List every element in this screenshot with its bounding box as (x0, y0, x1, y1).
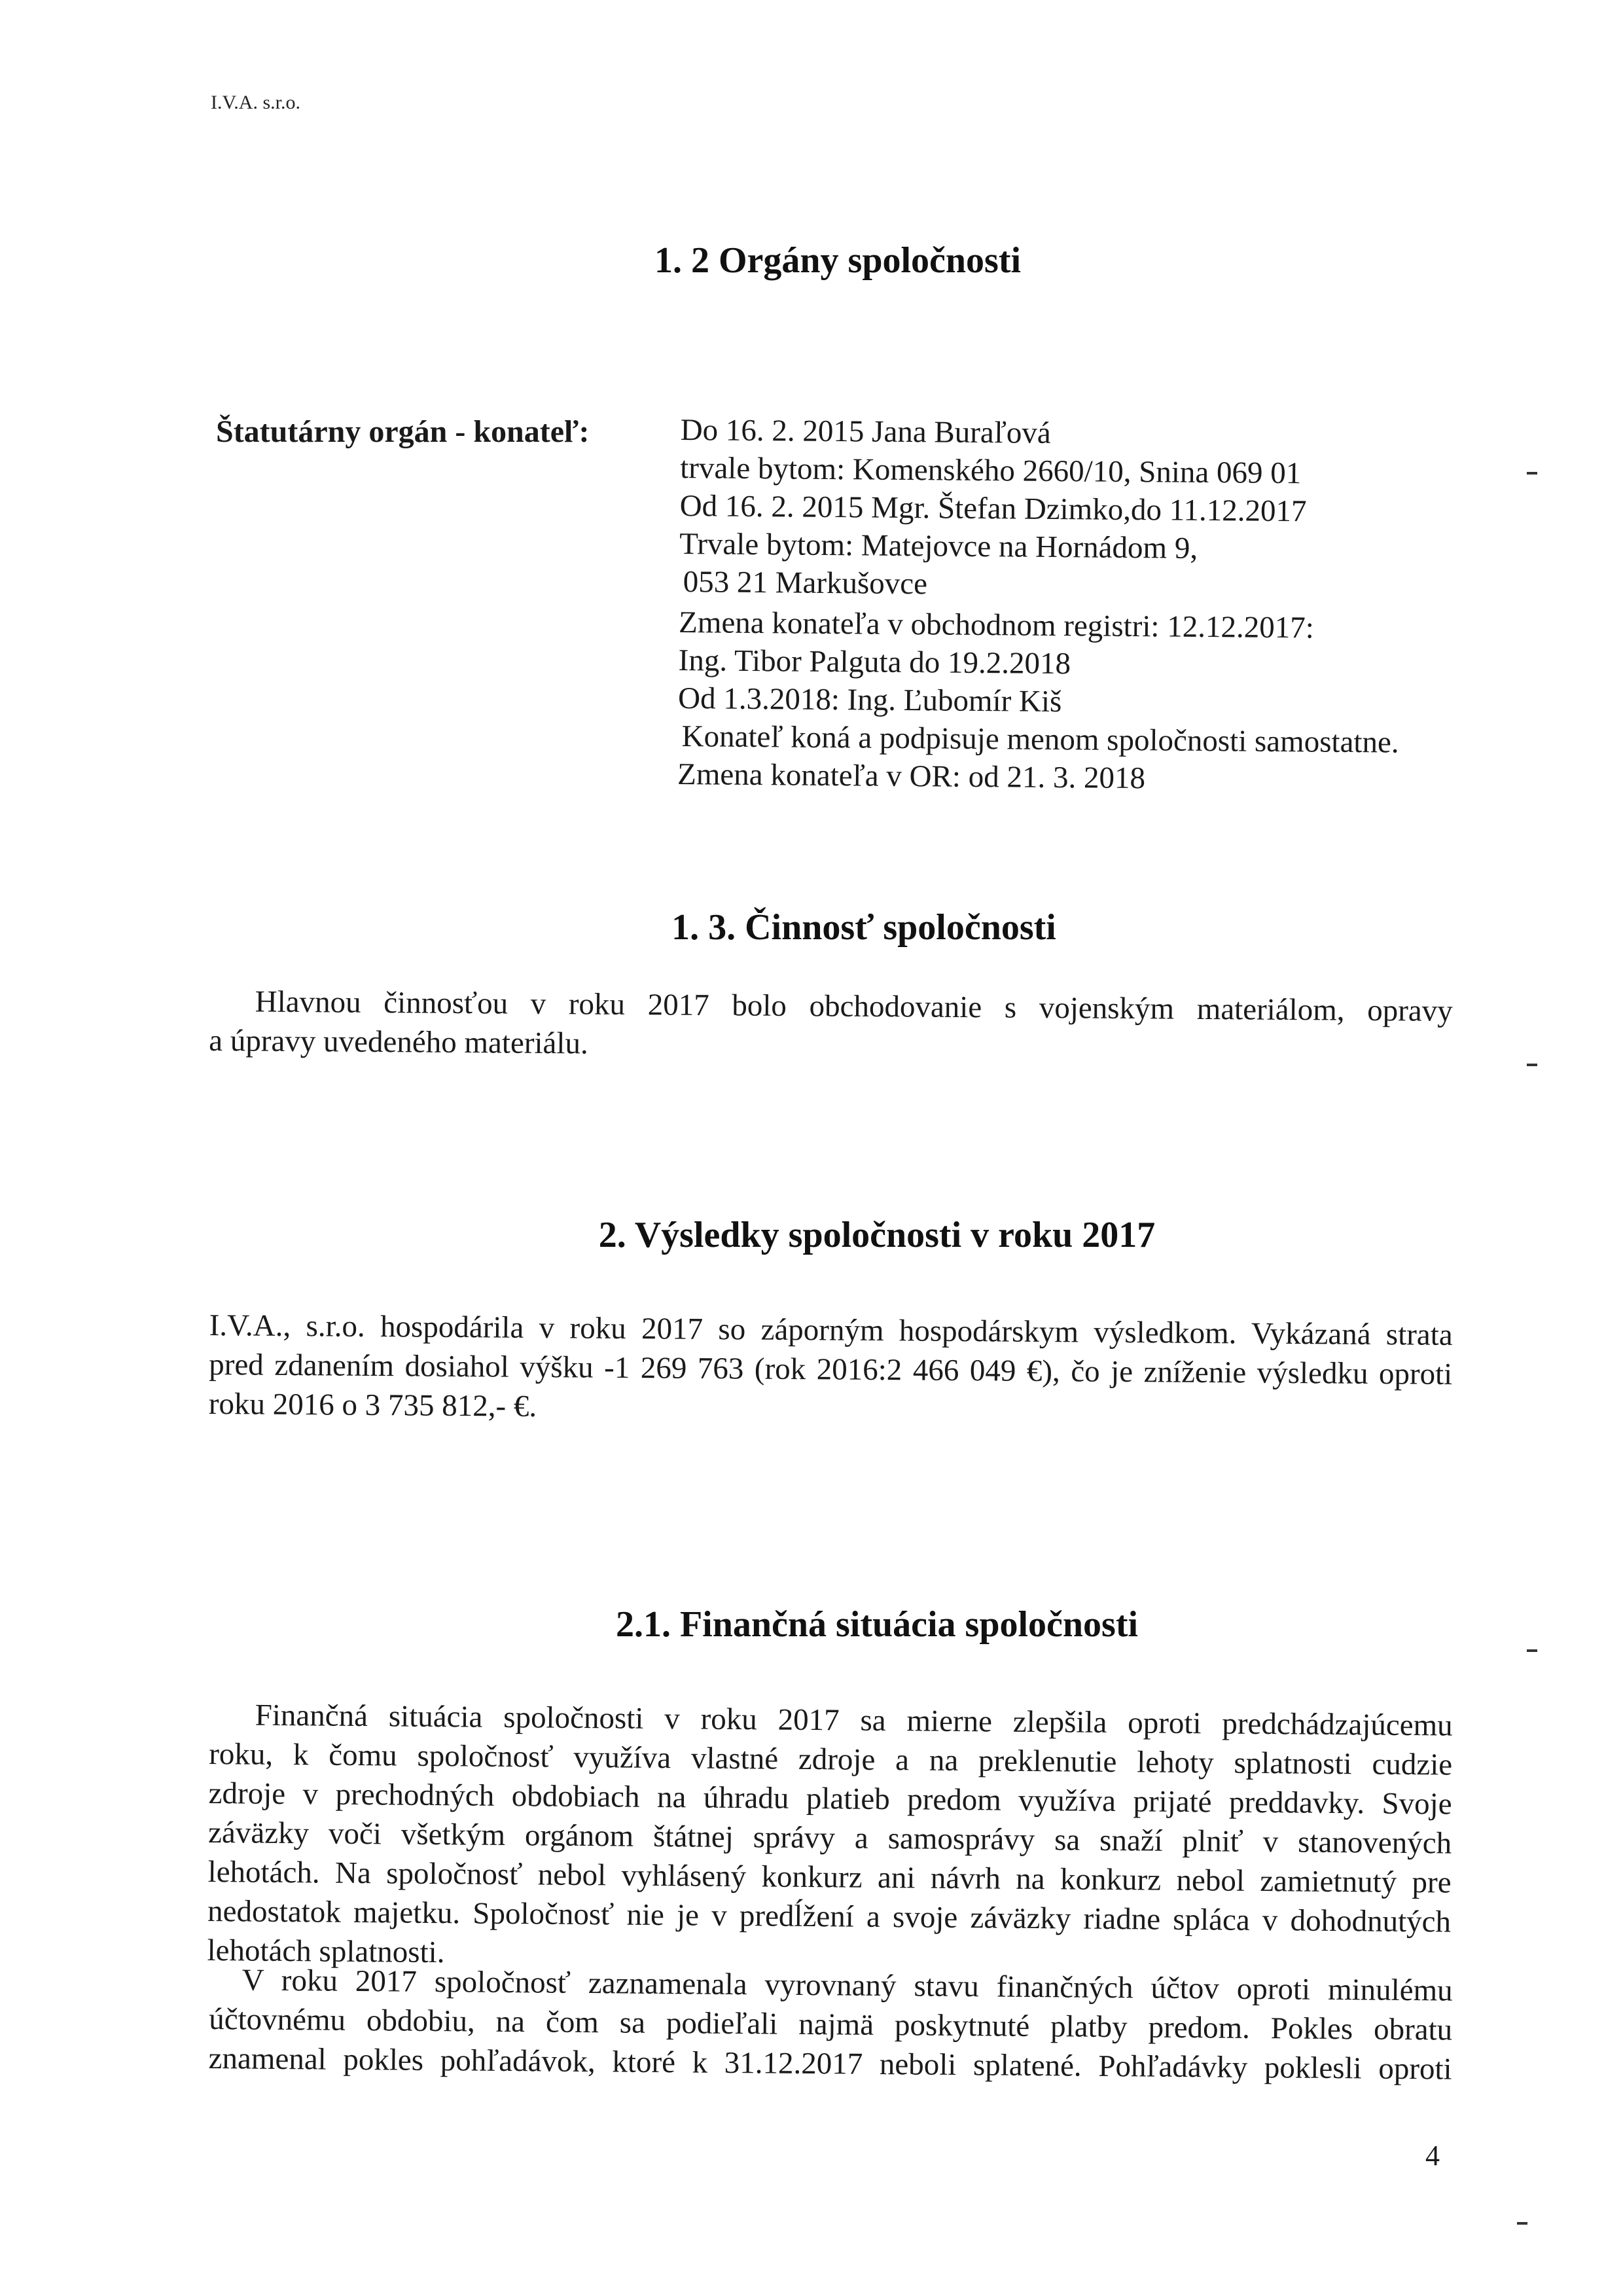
paragraph-line: Hlavnou činnosťou v roku 2017 bolo obcho… (255, 985, 1453, 1028)
detail-line: trvale bytom: Komenského 2660/10, Snina … (680, 449, 1401, 493)
detail-line: Zmena konateľa v OR: od 21. 3. 2018 (677, 755, 1399, 800)
scan-margin-mark (1527, 472, 1537, 475)
section-heading-cinnost: 1. 3. Činnosť spoločnosti (52, 906, 1623, 948)
page-header-company: I.V.A. s.r.o. (211, 92, 300, 114)
statutory-body-details: Do 16. 2. 2015 Jana Buraľová trvale byto… (677, 411, 1402, 800)
detail-line: Konateľ koná a podpisuje menom spoločnos… (677, 717, 1399, 762)
scan-margin-mark (1527, 1649, 1537, 1652)
detail-line: Do 16. 2. 2015 Jana Buraľová (680, 411, 1401, 456)
results-paragraph: I.V.A., s.r.o. hospodárila v roku 2017 s… (209, 1306, 1453, 1433)
detail-line: Ing. Tibor Palguta do 19.2.2018 (678, 641, 1399, 686)
detail-line: Od 16. 2. 2015 Mgr. Štefan Dzimko,do 11.… (679, 487, 1400, 531)
activity-paragraph: Hlavnou činnosťou v roku 2017 bolo obcho… (209, 982, 1453, 1070)
page-number: 4 (1425, 2139, 1440, 2172)
detail-line: 053 21 Markušovce (679, 563, 1400, 607)
scan-margin-mark (1517, 2222, 1527, 2225)
detail-line: Od 1.3.2018: Ing. Ľubomír Kiš (678, 679, 1399, 724)
section-heading-vysledky: 2. Výsledky spoločnosti v roku 2017 (65, 1214, 1623, 1256)
detail-line: Zmena konateľa v obchodnom registri: 12.… (679, 603, 1400, 648)
financial-paragraph-1: Finančná situácia spoločnosti v roku 201… (207, 1695, 1453, 1981)
statutory-body-label: Štatutárny orgán - konateľ: (216, 414, 590, 450)
section-heading-organy: 1. 2 Orgány spoločnosti (26, 240, 1623, 281)
section-heading-financna-situacia: 2.1. Finančná situácia spoločnosti (65, 1604, 1623, 1645)
detail-line: Trvale bytom: Matejovce na Hornádom 9, (679, 525, 1400, 569)
scan-margin-mark (1527, 1064, 1537, 1066)
financial-paragraph-2: V roku 2017 spoločnosť zaznamenala vyrov… (208, 1960, 1452, 2089)
